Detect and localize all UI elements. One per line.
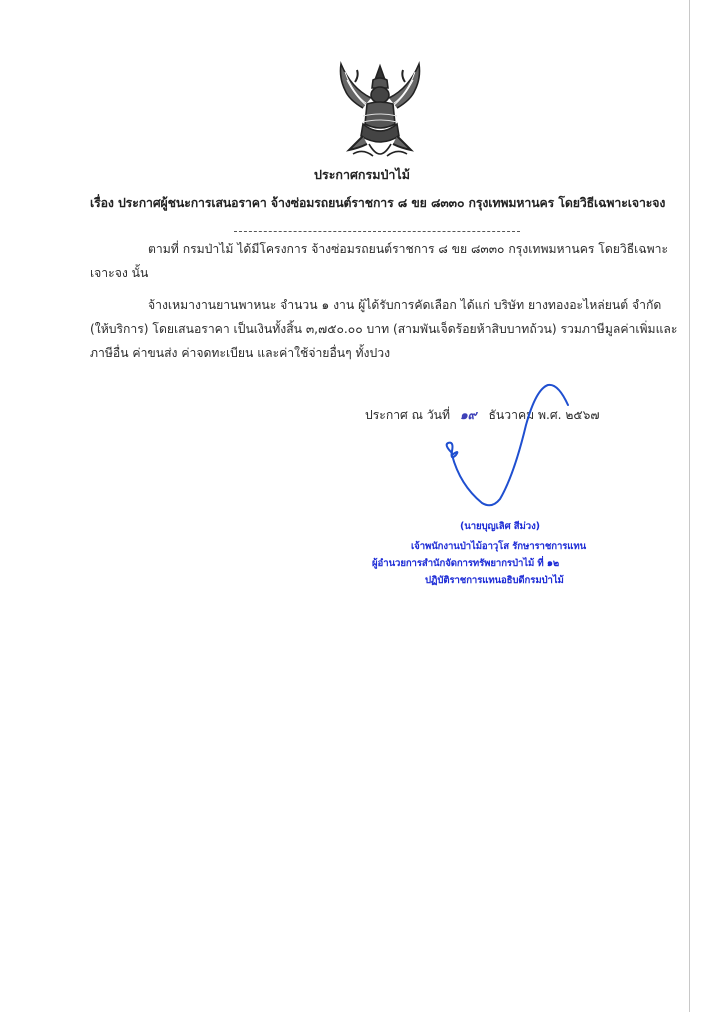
signatory-position-2: ผู้อำนวยการสำนักจัดการทรัพยากรป่าไม้ ที่… [372,556,559,571]
garuda-emblem-icon [333,58,427,166]
divider-line [234,231,520,232]
page-edge-line [689,0,690,1012]
document-heading: ประกาศกรมป่าไม้ [0,165,724,185]
paragraph-2-line-2: (ให้บริการ) โดยเสนอราคา เป็นเงินทั้งสิ้น… [90,317,670,341]
paragraph-2-line-3: ภาษีอื่น ค่าขนส่ง ค่าจดทะเบียน และค่าใช้… [90,341,670,365]
signatory-position-3: ปฏิบัติราชการแทนอธิบดีกรมป่าไม้ [425,573,564,588]
paragraph-1-line-2: เจาะจง นั้น [90,261,670,285]
paragraph-1: ตามที่ กรมป่าไม้ ได้มีโครงการ จ้างซ่อมรถ… [90,237,670,285]
paragraph-2-line-1: จ้างเหมางานยานพาหนะ จำนวน ๑ งาน ผู้ได้รั… [90,293,670,317]
signatory-name: (นายบุญเลิศ สีม่วง) [460,519,540,534]
handwritten-signature-icon [430,375,580,515]
paragraph-2: จ้างเหมางานยานพาหนะ จำนวน ๑ งาน ผู้ได้รั… [90,293,670,365]
paragraph-1-line-1: ตามที่ กรมป่าไม้ ได้มีโครงการ จ้างซ่อมรถ… [90,237,670,261]
signatory-position-1: เจ้าพนักงานป่าไม้อาวุโส รักษาราชการแทน [411,539,586,554]
document-subject: เรื่อง ประกาศผู้ชนะการเสนอราคา จ้างซ่อมร… [90,194,665,213]
